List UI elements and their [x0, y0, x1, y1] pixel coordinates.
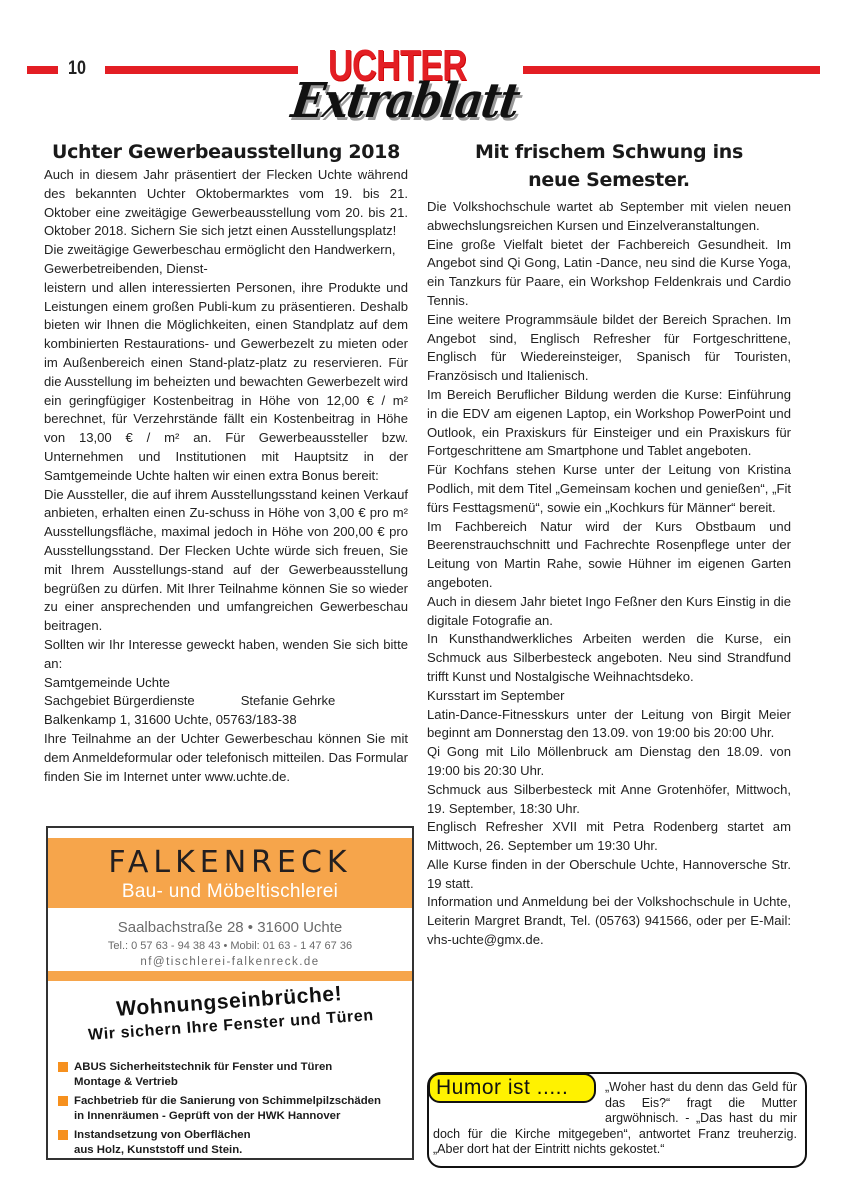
left-article-title: Uchter Gewerbeausstellung 2018: [44, 138, 408, 166]
right-article-paragraph: Schmuck aus Silberbesteck mit Anne Grote…: [427, 781, 791, 819]
ad-company-name: FALKENRECK: [48, 838, 412, 880]
right-article-paragraph: Latin-Dance-Fitnesskurs unter der Leitun…: [427, 706, 791, 744]
right-article-paragraph: Auch in diesem Jahr bietet Ingo Feßner d…: [427, 593, 791, 631]
header-rule-left-small: [27, 66, 58, 74]
right-article-paragraph: Eine weitere Programmsäule bildet der Be…: [427, 311, 791, 386]
masthead-logo-extrablatt: Extrablatt: [288, 76, 521, 126]
humor-badge: Humor ist .....: [428, 1073, 596, 1103]
left-article-paragraph: Die zweitägige Gewerbeschau ermöglicht d…: [44, 241, 408, 279]
left-article-paragraph: Die Aussteller, die auf ihrem Ausstellun…: [44, 486, 408, 636]
header-rule-right: [523, 66, 820, 74]
square-bullet-icon: [58, 1062, 68, 1072]
right-article-title: Mit frischem Schwung ins neue Semester.: [427, 138, 791, 194]
ad-service-item: Fachbetrieb für die Sanierung von Schimm…: [58, 1094, 404, 1123]
right-article: Mit frischem Schwung ins neue Semester. …: [427, 138, 791, 950]
ad-service-item: Instandsetzung von Oberflächen aus Holz,…: [58, 1128, 404, 1157]
header-rule-left: [105, 66, 298, 74]
ad-orange-banner: FALKENRECK Bau- und Möbeltischlerei: [48, 838, 412, 908]
falkenreck-advertisement: FALKENRECK Bau- und Möbeltischlerei Saal…: [46, 826, 414, 1160]
right-article-subheading: Kursstart im September: [427, 687, 791, 706]
ad-service-line: aus Holz, Kunststoff und Stein.: [74, 1144, 242, 1156]
square-bullet-icon: [58, 1096, 68, 1106]
right-article-title-line1: Mit frischem Schwung ins: [475, 141, 743, 163]
ad-slogan: Wohnungseinbrüche! Wir sichern Ihre Fens…: [47, 975, 413, 1048]
ad-service-line: ABUS Sicherheitstechnik für Fenster und …: [74, 1061, 332, 1073]
right-article-paragraph: Alle Kurse finden in der Oberschule Ucht…: [427, 856, 791, 894]
left-article: Uchter Gewerbeausstellung 2018 Auch in d…: [44, 138, 408, 786]
ad-service-line: Montage & Vertrieb: [74, 1076, 178, 1088]
right-article-title-line2: neue Semester.: [528, 169, 690, 191]
right-article-paragraph: Information und Anmeldung bei der Volksh…: [427, 893, 791, 949]
ad-phone: Tel.: 0 57 63 - 94 38 43 • Mobil: 01 63 …: [48, 938, 412, 954]
right-article-paragraph: Für Kochfans stehen Kurse unter der Leit…: [427, 461, 791, 517]
ad-service-item: ABUS Sicherheitstechnik für Fenster und …: [58, 1060, 404, 1089]
right-article-paragraph: In Kunsthandwerkliches Arbeiten werden d…: [427, 630, 791, 686]
left-article-closing: Ihre Teilnahme an der Uchter Gewerbescha…: [44, 730, 408, 786]
right-article-paragraph: Im Fachbereich Natur wird der Kurs Obstb…: [427, 518, 791, 593]
left-article-paragraph: Auch in diesem Jahr präsentiert der Flec…: [44, 166, 408, 241]
left-article-paragraph: Sollten wir Ihr Interesse geweckt haben,…: [44, 636, 408, 674]
right-article-paragraph: Englisch Refresher XVII mit Petra Rodenb…: [427, 818, 791, 856]
contact-dept: Sachgebiet Bürgerdienste: [44, 693, 195, 708]
ad-service-line: Fachbetrieb für die Sanierung von Schimm…: [74, 1095, 381, 1107]
ad-service-line: Instandsetzung von Oberflächen: [74, 1129, 251, 1141]
left-article-paragraph: leistern und allen interessierten Person…: [44, 279, 408, 486]
right-article-paragraph: Die Volkshochschule wartet ab September …: [427, 198, 791, 236]
contact-dept-line: Sachgebiet BürgerdiensteStefanie Gehrke: [44, 692, 408, 711]
right-article-paragraph: Eine große Vielfalt bietet der Fachberei…: [427, 236, 791, 311]
contact-org: Samtgemeinde Uchte: [44, 674, 408, 693]
right-article-paragraph: Im Bereich Beruflicher Bildung werden di…: [427, 386, 791, 461]
square-bullet-icon: [58, 1130, 68, 1140]
contact-address: Balkenkamp 1, 31600 Uchte, 05763/183-38: [44, 711, 408, 730]
ad-service-list: ABUS Sicherheitstechnik für Fenster und …: [58, 1060, 404, 1162]
ad-contact-block: Saalbachstraße 28 • 31600 Uchte Tel.: 0 …: [48, 918, 412, 971]
contact-person: Stefanie Gehrke: [241, 693, 336, 708]
humor-box: „Woher hast du denn das Geld für das Eis…: [427, 1072, 807, 1168]
right-article-paragraph: Qi Gong mit Lilo Möllenbruck am Dienstag…: [427, 743, 791, 781]
ad-service-line: in Innenräumen - Geprüft von der HWK Han…: [74, 1110, 340, 1122]
page-number: 10: [68, 58, 86, 80]
ad-street: Saalbachstraße 28 • 31600 Uchte: [48, 918, 412, 938]
ad-email: nf@tischlerei-falkenreck.de: [48, 954, 412, 971]
ad-company-subtitle: Bau- und Möbeltischlerei: [48, 880, 412, 904]
